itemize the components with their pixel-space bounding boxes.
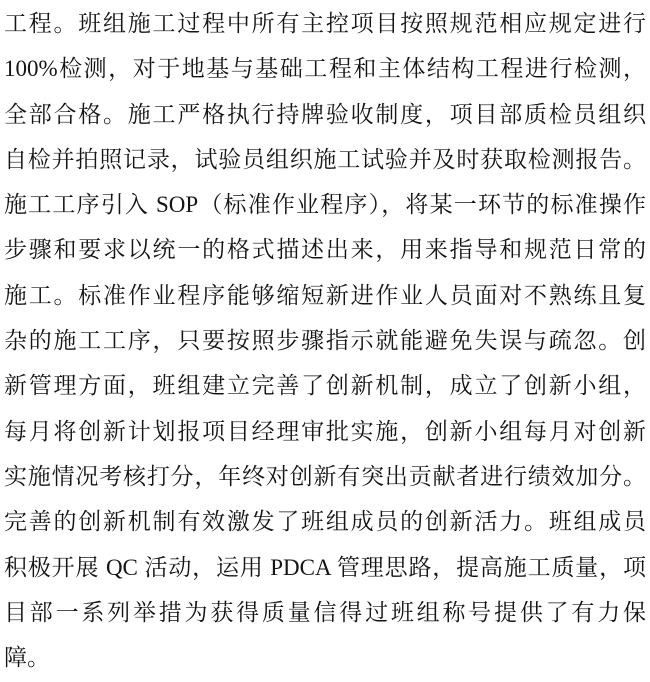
text-line: 积极开展 QC 活动，运用 PDCA 管理思路，提高施工质量，项 [4,545,646,590]
text-line: 目部一系列举措为获得质量信得过班组称号提供了有力保 [4,590,646,635]
text-line: 杂的施工工序，只要按照步骤指示就能避免失误与疏忽。创 [4,318,646,363]
text-line: 完善的创新机制有效激发了班组成员的创新活力。班组成员 [4,499,646,544]
text-line: 全部合格。施工严格执行持牌验收制度，项目部质检员组织 [4,92,646,137]
text-line: 施工。标准作业程序能够缩短新进作业人员面对不熟练且复 [4,273,646,318]
text-line: 步骤和要求以统一的格式描述出来，用来指导和规范日常的 [4,227,646,272]
text-line: 障。 [4,635,646,680]
text-line: 自检并拍照记录，试验员组织施工试验并及时获取检测报告。 [4,137,646,182]
text-line: 工程。班组施工过程中所有主控项目按照规范相应规定进行 [4,1,646,46]
text-line: 实施情况考核打分，年终对创新有突出贡献者进行绩效加分。 [4,454,646,499]
document-page: 工程。班组施工过程中所有主控项目按照规范相应规定进行 100%检测，对于地基与基… [0,0,650,682]
text-line: 100%检测，对于地基与基础工程和主体结构工程进行检测， [4,46,646,91]
text-line: 施工工序引入 SOP（标准作业程序），将某一环节的标准操作 [4,182,646,227]
text-line: 每月将创新计划报项目经理审批实施，创新小组每月对创新 [4,409,646,454]
text-line: 新管理方面，班组建立完善了创新机制，成立了创新小组， [4,363,646,408]
